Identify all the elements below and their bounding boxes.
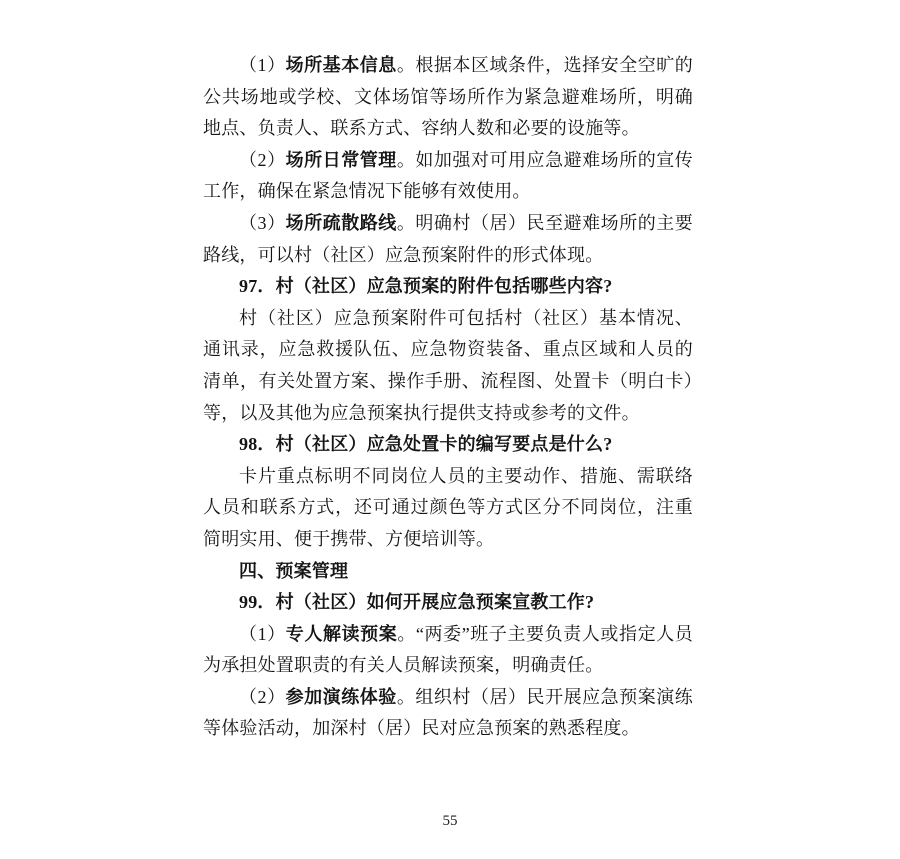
paragraph-item-4: （1）专人解读预案。“两委”班子主要负责人或指定人员为承担处置职责的有关人员解读… xyxy=(203,619,693,682)
list-marker: （1） xyxy=(239,624,286,644)
list-marker: （2） xyxy=(239,687,286,707)
page-number: 55 xyxy=(0,813,900,830)
paragraph-answer-97: 村（社区）应急预案附件可包括村（社区）基本情况、通讯录，应急救援队伍、应急物资装… xyxy=(203,303,693,429)
document-page: （1）场所基本信息。根据本区域条件，选择安全空旷的公共场地或学校、文体场馆等场所… xyxy=(0,0,900,859)
bold-lead-in: 场所日常管理 xyxy=(286,150,397,170)
paragraph-item-2: （2）场所日常管理。如加强对可用应急避难场所的宣传工作，确保在紧急情况下能够有效… xyxy=(203,145,693,208)
list-marker: （2） xyxy=(239,150,286,170)
bold-lead-in: 参加演练体验 xyxy=(286,687,397,707)
paragraph-answer-98: 卡片重点标明不同岗位人员的主要动作、措施、需联络人员和联系方式，还可通过颜色等方… xyxy=(203,461,693,556)
section-heading: 四、预案管理 xyxy=(203,556,693,588)
paragraph-item-3: （3）场所疏散路线。明确村（居）民至避难场所的主要路线，可以村（社区）应急预案附… xyxy=(203,208,693,271)
bold-lead-in: 专人解读预案 xyxy=(286,624,398,644)
question-heading-99: 99．村（社区）如何开展应急预案宣教工作? xyxy=(203,587,693,619)
list-marker: （1） xyxy=(239,55,286,75)
question-heading-97: 97．村（社区）应急预案的附件包括哪些内容? xyxy=(203,271,693,303)
bold-lead-in: 场所基本信息 xyxy=(286,55,397,75)
paragraph-item-1: （1）场所基本信息。根据本区域条件，选择安全空旷的公共场地或学校、文体场馆等场所… xyxy=(203,50,693,145)
document-text-block: （1）场所基本信息。根据本区域条件，选择安全空旷的公共场地或学校、文体场馆等场所… xyxy=(203,50,693,745)
list-marker: （3） xyxy=(239,213,286,233)
paragraph-item-5: （2）参加演练体验。组织村（居）民开展应急预案演练等体验活动，加深村（居）民对应… xyxy=(203,682,693,745)
question-heading-98: 98．村（社区）应急处置卡的编写要点是什么? xyxy=(203,429,693,461)
bold-lead-in: 场所疏散路线 xyxy=(286,213,397,233)
